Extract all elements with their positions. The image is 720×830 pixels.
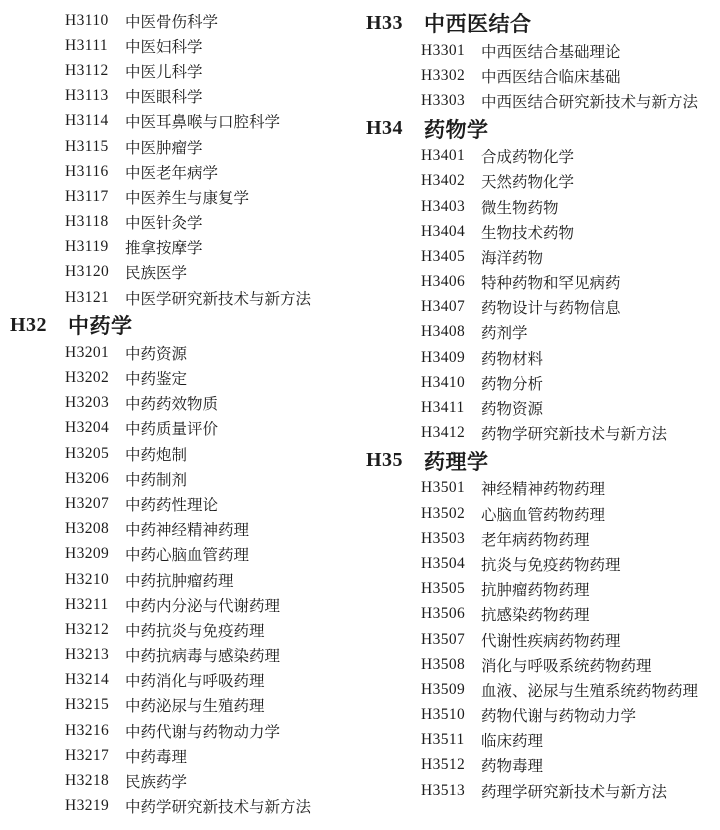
item-label: 中医妇科学 <box>125 35 203 57</box>
item-label: 中药资源 <box>125 342 187 364</box>
item-label: 生物技术药物 <box>481 221 574 243</box>
code-list-item: H3118 中医针灸学 <box>10 210 362 235</box>
item-code: H3407 <box>421 298 481 316</box>
code-list-item: H3405 海洋药物 <box>366 244 720 269</box>
code-list-item: H3112 中医儿科学 <box>10 58 362 83</box>
item-label: 中药制剂 <box>125 468 187 490</box>
item-code: H3502 <box>421 505 481 523</box>
code-list-item: H3218 民族药学 <box>10 768 362 793</box>
section-heading: H32 中药学 <box>10 310 362 340</box>
item-label: 药物毒理 <box>481 754 543 776</box>
code-list-item: H3406 特种药物和罕见病药 <box>366 270 720 295</box>
item-label: 中药炮制 <box>125 443 187 465</box>
code-list-item: H3410 药物分析 <box>366 370 720 395</box>
section-title: 中药学 <box>68 310 133 340</box>
code-list-item: H3303 中西医结合研究新技术与新方法 <box>366 88 720 113</box>
item-code: H3110 <box>65 12 125 30</box>
code-list-item: H3121 中医学研究新技术与新方法 <box>10 285 362 310</box>
item-label: 中药药效物质 <box>125 392 218 414</box>
code-list-item: H3502 心脑血管药物药理 <box>366 501 720 526</box>
code-list-item: H3504 抗炎与免疫药物药理 <box>366 551 720 576</box>
item-label: 合成药物化学 <box>481 145 574 167</box>
section-heading: H35 药理学 <box>366 446 720 476</box>
item-code: H3201 <box>65 344 125 362</box>
item-code: H3508 <box>421 656 481 674</box>
item-label: 天然药物化学 <box>481 170 574 192</box>
code-list-item: H3204 中药质量评价 <box>10 416 362 441</box>
item-label: 药剂学 <box>481 321 528 343</box>
item-label: 特种药物和罕见病药 <box>481 271 621 293</box>
item-code: H3111 <box>65 37 125 55</box>
item-label: 中药鉴定 <box>125 367 187 389</box>
code-list-item: H3302 中西医结合临床基础 <box>366 63 720 88</box>
code-list-item: H3203 中药药效物质 <box>10 391 362 416</box>
code-list-item: H3401 合成药物化学 <box>366 144 720 169</box>
code-list-item: H3411 药物资源 <box>366 395 720 420</box>
item-code: H3118 <box>65 213 125 231</box>
section-title: 中西医结合 <box>424 8 532 38</box>
item-label: 中医肿瘤学 <box>125 136 203 158</box>
item-label: 中医老年病学 <box>125 161 218 183</box>
code-list-item: H3513 药理学研究新技术与新方法 <box>366 778 720 803</box>
code-list-item: H3510 药物代谢与药物动力学 <box>366 703 720 728</box>
item-code: H3203 <box>65 394 125 412</box>
item-label: 推拿按摩学 <box>125 236 203 258</box>
item-code: H3116 <box>65 163 125 181</box>
item-label: 抗炎与免疫药物药理 <box>481 553 621 575</box>
code-list-item: H3213 中药抗病毒与感染药理 <box>10 643 362 668</box>
item-code: H3406 <box>421 273 481 291</box>
code-list-item: H3215 中药泌尿与生殖药理 <box>10 693 362 718</box>
code-list-item: H3209 中药心脑血管药理 <box>10 542 362 567</box>
item-code: H3117 <box>65 188 125 206</box>
section-heading: H33 中西医结合 <box>366 8 720 38</box>
item-code: H3113 <box>65 87 125 105</box>
item-label: 药物学研究新技术与新方法 <box>481 422 667 444</box>
item-label: 中药代谢与药物动力学 <box>125 720 280 742</box>
code-list-item: H3408 药剂学 <box>366 320 720 345</box>
code-list-item: H3208 中药神经精神药理 <box>10 517 362 542</box>
item-code: H3120 <box>65 263 125 281</box>
section-heading: H34 药物学 <box>366 114 720 144</box>
item-code: H3210 <box>65 571 125 589</box>
code-list-item: H3505 抗肿瘤药物药理 <box>366 577 720 602</box>
code-list-item: H3116 中医老年病学 <box>10 159 362 184</box>
item-label: 中药消化与呼吸药理 <box>125 669 265 691</box>
code-list-item: H3114 中医耳鼻喉与口腔科学 <box>10 109 362 134</box>
item-code: H3506 <box>421 605 481 623</box>
item-label: 中药内分泌与代谢药理 <box>125 594 280 616</box>
item-code: H3511 <box>421 731 481 749</box>
section-title: 药物学 <box>424 114 489 144</box>
code-list-item: H3219 中药学研究新技术与新方法 <box>10 794 362 819</box>
item-label: 中医学研究新技术与新方法 <box>125 287 311 309</box>
item-code: H3509 <box>421 681 481 699</box>
item-label: 中药药性理论 <box>125 493 218 515</box>
code-list-item: H3512 药物毒理 <box>366 753 720 778</box>
item-label: 药物材料 <box>481 347 543 369</box>
code-list-item: H3120 民族医学 <box>10 260 362 285</box>
item-label: 中医针灸学 <box>125 211 203 233</box>
item-label: 民族药学 <box>125 770 187 792</box>
item-label: 中药抗炎与免疫药理 <box>125 619 265 641</box>
section-code: H32 <box>10 314 68 337</box>
item-code: H3214 <box>65 671 125 689</box>
item-code: H3510 <box>421 706 481 724</box>
item-label: 临床药理 <box>481 729 543 751</box>
item-code: H3218 <box>65 772 125 790</box>
item-code: H3409 <box>421 349 481 367</box>
item-code: H3209 <box>65 545 125 563</box>
item-label: 微生物药物 <box>481 196 559 218</box>
item-label: 药物资源 <box>481 397 543 419</box>
code-list-item: H3110 中医骨伤科学 <box>10 8 362 33</box>
item-code: H3213 <box>65 646 125 664</box>
item-code: H3112 <box>65 62 125 80</box>
code-list-item: H3409 药物材料 <box>366 345 720 370</box>
item-code: H3204 <box>65 419 125 437</box>
code-list-item: H3412 药物学研究新技术与新方法 <box>366 421 720 446</box>
code-list-item: H3119 推拿按摩学 <box>10 235 362 260</box>
code-list-item: H3210 中药抗肿瘤药理 <box>10 567 362 592</box>
item-code: H3119 <box>65 238 125 256</box>
item-code: H3410 <box>421 374 481 392</box>
item-code: H3115 <box>65 138 125 156</box>
code-list-item: H3407 药物设计与药物信息 <box>366 295 720 320</box>
code-list-item: H3115 中医肿瘤学 <box>10 134 362 159</box>
item-code: H3513 <box>421 782 481 800</box>
item-code: H3301 <box>421 42 481 60</box>
item-label: 中药抗肿瘤药理 <box>125 569 234 591</box>
item-code: H3212 <box>65 621 125 639</box>
item-code: H3504 <box>421 555 481 573</box>
item-label: 药物设计与药物信息 <box>481 296 621 318</box>
item-label: 中药学研究新技术与新方法 <box>125 795 311 817</box>
code-list-item: H3117 中医养生与康复学 <box>10 184 362 209</box>
item-code: H3412 <box>421 424 481 442</box>
section-code: H35 <box>366 449 424 472</box>
item-code: H3512 <box>421 756 481 774</box>
item-label: 药物分析 <box>481 372 543 394</box>
item-code: H3503 <box>421 530 481 548</box>
item-code: H3405 <box>421 248 481 266</box>
item-code: H3202 <box>65 369 125 387</box>
item-code: H3205 <box>65 445 125 463</box>
code-list-item: H3402 天然药物化学 <box>366 169 720 194</box>
item-label: 代谢性疾病药物药理 <box>481 629 621 651</box>
document-page: H3110 中医骨伤科学 H3111 中医妇科学 H3112 中医儿科学 H31… <box>0 0 720 830</box>
item-code: H3217 <box>65 747 125 765</box>
item-label: 中药泌尿与生殖药理 <box>125 694 265 716</box>
item-code: H3208 <box>65 520 125 538</box>
code-list-item: H3403 微生物药物 <box>366 194 720 219</box>
item-label: 民族医学 <box>125 261 187 283</box>
code-list-item: H3205 中药炮制 <box>10 441 362 466</box>
item-label: 中医骨伤科学 <box>125 10 218 32</box>
item-code: H3206 <box>65 470 125 488</box>
item-code: H3215 <box>65 696 125 714</box>
code-list-item: H3404 生物技术药物 <box>366 219 720 244</box>
item-label: 抗感染药物药理 <box>481 603 590 625</box>
item-label: 血液、泌尿与生殖系统药物药理 <box>481 679 698 701</box>
item-code: H3403 <box>421 198 481 216</box>
item-label: 中药心脑血管药理 <box>125 543 249 565</box>
item-label: 中西医结合研究新技术与新方法 <box>481 90 698 112</box>
code-list-item: H3503 老年病药物药理 <box>366 526 720 551</box>
item-label: 抗肿瘤药物药理 <box>481 578 590 600</box>
item-label: 中医耳鼻喉与口腔科学 <box>125 110 280 132</box>
code-list-item: H3207 中药药性理论 <box>10 491 362 516</box>
code-list-item: H3511 临床药理 <box>366 728 720 753</box>
item-label: 中医养生与康复学 <box>125 186 249 208</box>
code-list-item: H3206 中药制剂 <box>10 466 362 491</box>
code-list-item: H3201 中药资源 <box>10 340 362 365</box>
section-code: H33 <box>366 12 424 35</box>
item-label: 中西医结合基础理论 <box>481 40 621 62</box>
code-list-item: H3301 中西医结合基础理论 <box>366 38 720 63</box>
item-code: H3411 <box>421 399 481 417</box>
code-list-item: H3111 中医妇科学 <box>10 33 362 58</box>
item-label: 中药质量评价 <box>125 417 218 439</box>
item-code: H3216 <box>65 722 125 740</box>
code-list-item: H3212 中药抗炎与免疫药理 <box>10 617 362 642</box>
item-code: H3302 <box>421 67 481 85</box>
code-list-item: H3214 中药消化与呼吸药理 <box>10 668 362 693</box>
item-label: 消化与呼吸系统药物药理 <box>481 654 652 676</box>
code-list-item: H3202 中药鉴定 <box>10 365 362 390</box>
item-label: 中药神经精神药理 <box>125 518 249 540</box>
code-list-item: H3508 消化与呼吸系统药物药理 <box>366 652 720 677</box>
item-label: 药物代谢与药物动力学 <box>481 704 636 726</box>
right-column: H33 中西医结合 H3301 中西医结合基础理论 H3302 中西医结合临床基… <box>366 8 720 803</box>
code-list-item: H3211 中药内分泌与代谢药理 <box>10 592 362 617</box>
left-column: H3110 中医骨伤科学 H3111 中医妇科学 H3112 中医儿科学 H31… <box>10 8 362 819</box>
item-label: 中医儿科学 <box>125 60 203 82</box>
item-label: 老年病药物药理 <box>481 528 590 550</box>
item-code: H3501 <box>421 479 481 497</box>
item-label: 中药抗病毒与感染药理 <box>125 644 280 666</box>
item-code: H3408 <box>421 323 481 341</box>
item-code: H3114 <box>65 112 125 130</box>
code-list-item: H3506 抗感染药物药理 <box>366 602 720 627</box>
item-label: 中医眼科学 <box>125 85 203 107</box>
item-label: 神经精神药物药理 <box>481 477 605 499</box>
item-code: H3211 <box>65 596 125 614</box>
item-code: H3404 <box>421 223 481 241</box>
code-list-item: H3113 中医眼科学 <box>10 84 362 109</box>
item-code: H3207 <box>65 495 125 513</box>
item-code: H3121 <box>65 289 125 307</box>
item-code: H3219 <box>65 797 125 815</box>
item-code: H3507 <box>421 631 481 649</box>
code-list-item: H3216 中药代谢与药物动力学 <box>10 718 362 743</box>
code-list-item: H3507 代谢性疾病药物药理 <box>366 627 720 652</box>
item-code: H3401 <box>421 147 481 165</box>
code-list-item: H3509 血液、泌尿与生殖系统药物药理 <box>366 677 720 702</box>
item-label: 药理学研究新技术与新方法 <box>481 780 667 802</box>
item-label: 中西医结合临床基础 <box>481 65 621 87</box>
section-code: H34 <box>366 117 424 140</box>
item-code: H3303 <box>421 92 481 110</box>
item-code: H3402 <box>421 172 481 190</box>
section-title: 药理学 <box>424 446 489 476</box>
item-label: 心脑血管药物药理 <box>481 503 605 525</box>
code-list-item: H3501 神经精神药物药理 <box>366 476 720 501</box>
code-list-item: H3217 中药毒理 <box>10 743 362 768</box>
item-label: 海洋药物 <box>481 246 543 268</box>
item-label: 中药毒理 <box>125 745 187 767</box>
item-code: H3505 <box>421 580 481 598</box>
